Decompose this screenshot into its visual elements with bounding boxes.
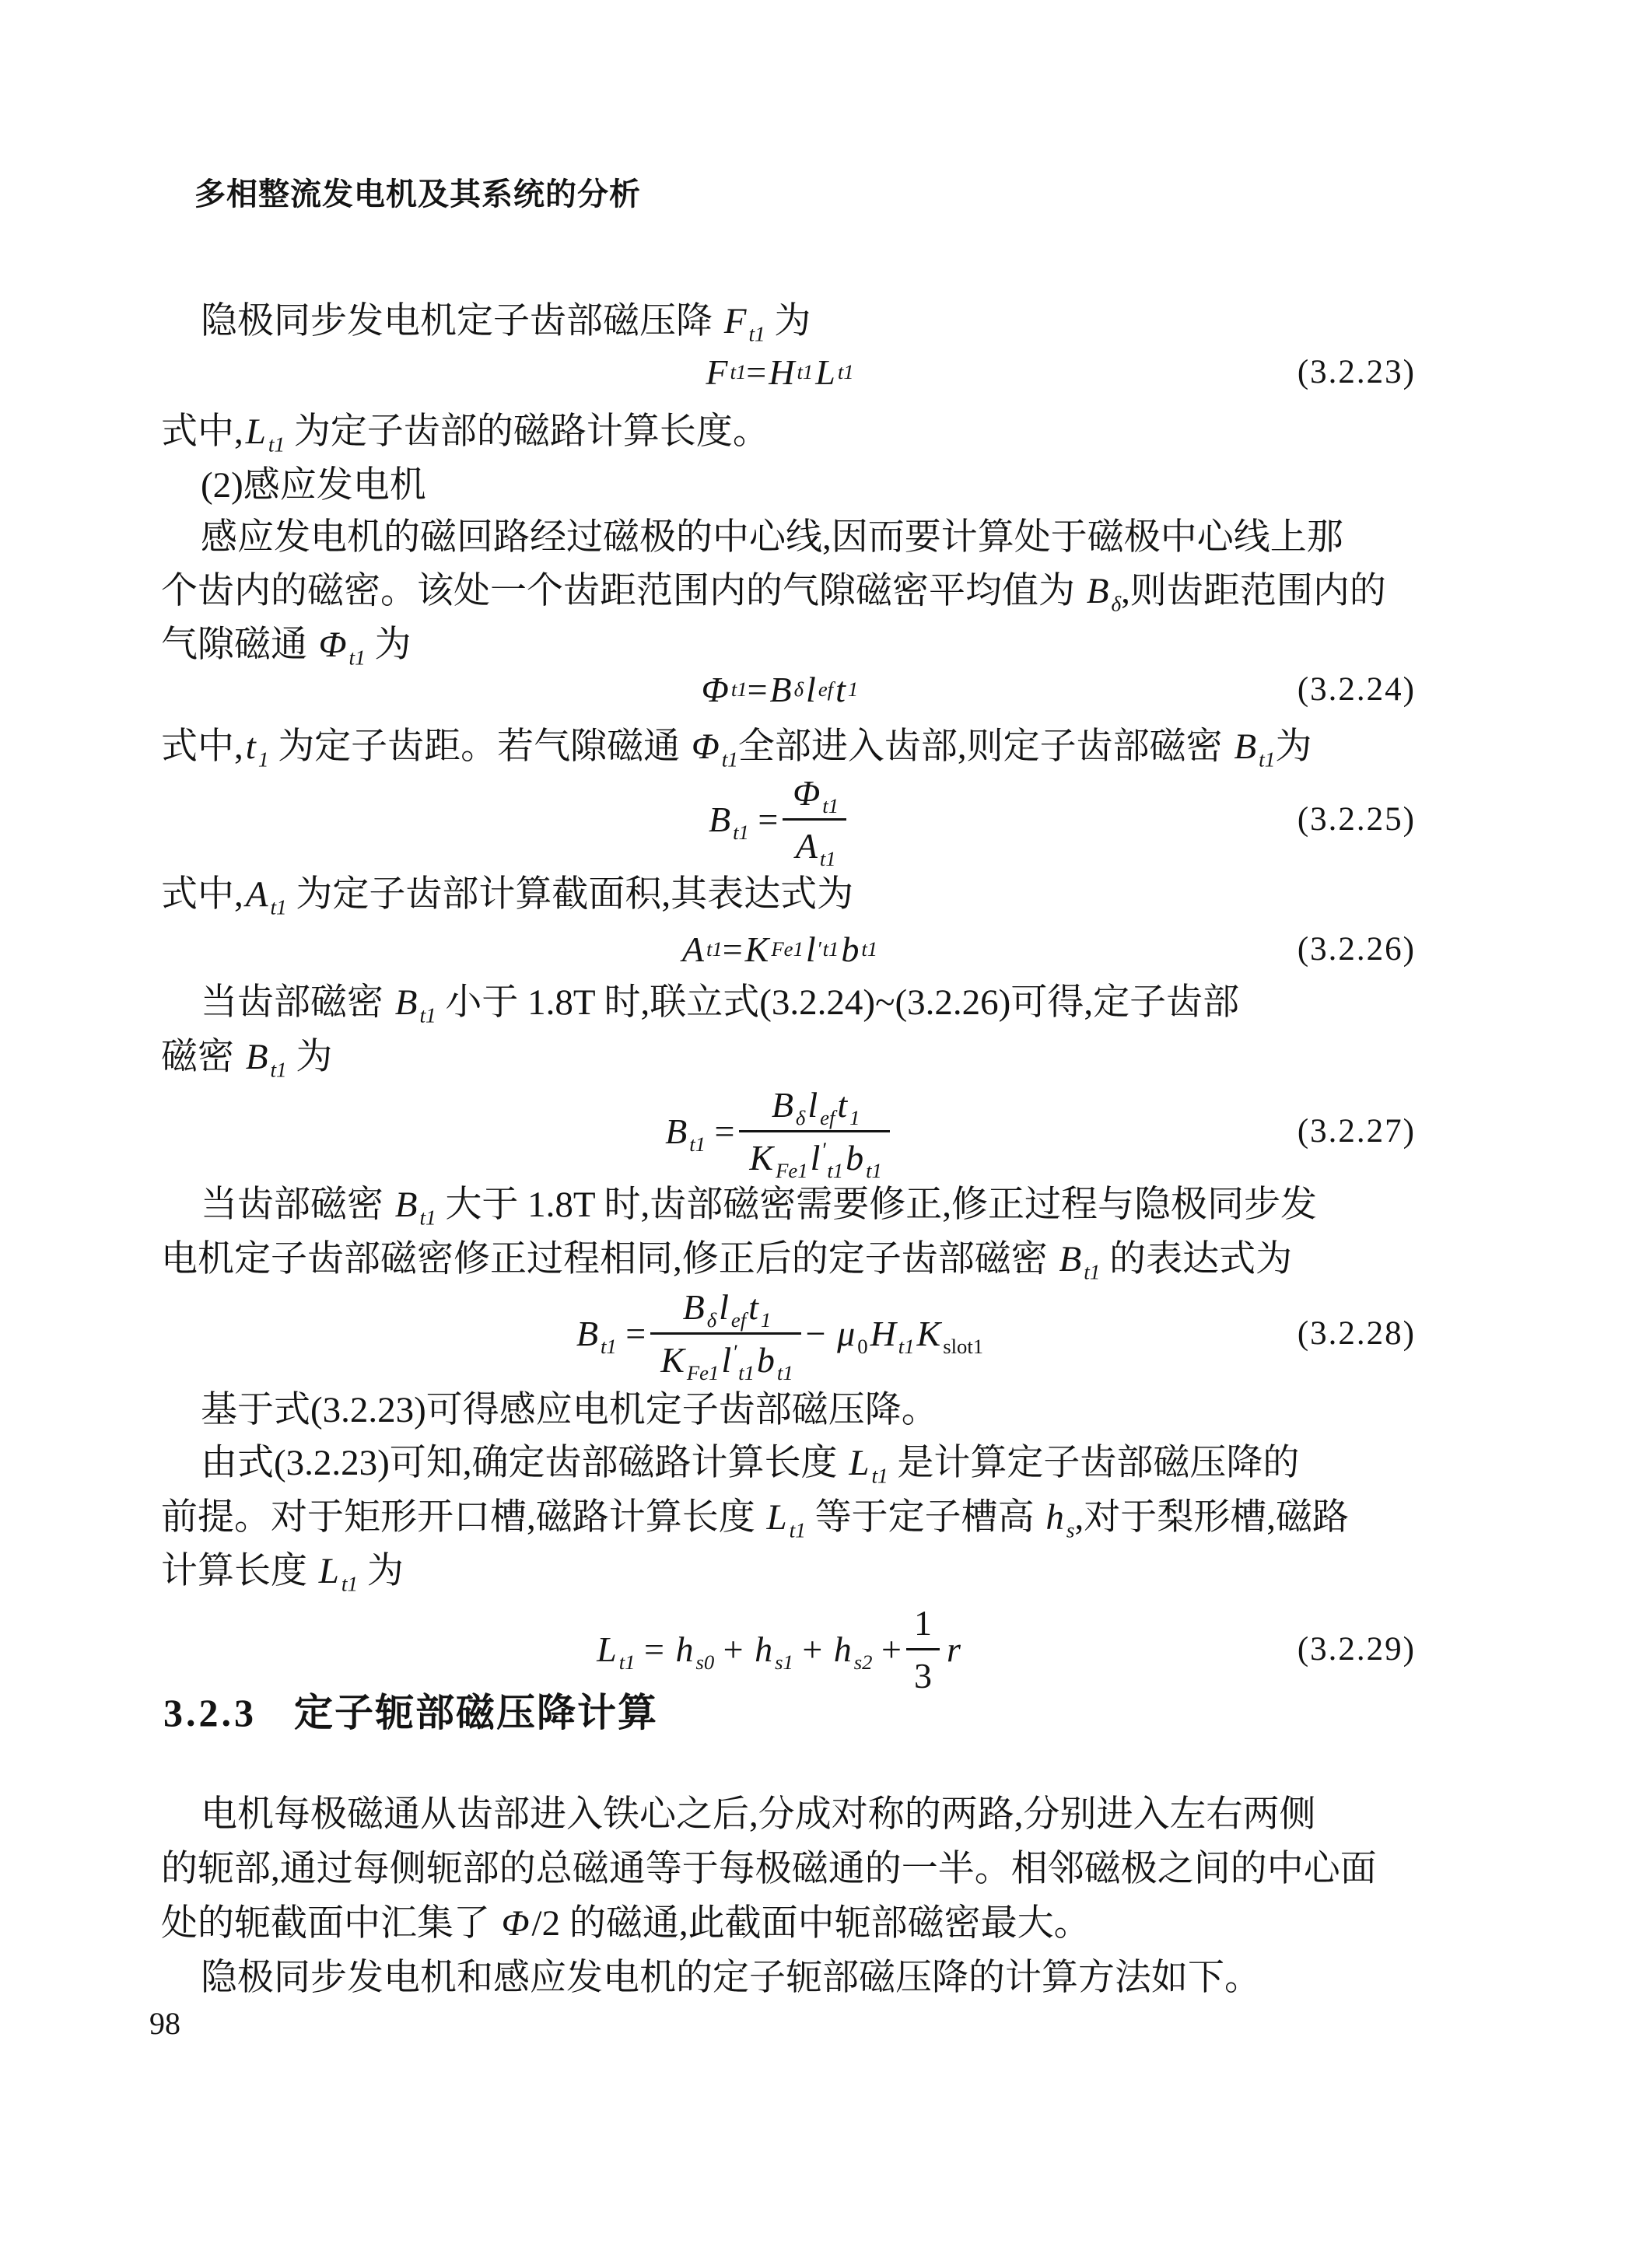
- fraction-denominator: 3: [906, 1650, 940, 1696]
- paragraph-line: 前提。对于矩形开口槽,磁路计算长度 Lt1 等于定子槽高 hs,对于梨形槽,磁路: [161, 1490, 1349, 1545]
- paragraph-line: 由式(3.2.23)可知,确定齿部磁路计算长度 Lt1 是计算定子齿部磁压降的: [201, 1436, 1299, 1490]
- equation-number: (3.2.27): [1280, 1112, 1416, 1150]
- equation-body: Φt1 = Bδleft1: [161, 669, 1280, 710]
- paragraph-line: 计算长度 Lt1 为: [161, 1544, 404, 1598]
- equation-row-3-2-27: Bt1 = Bδleft1KFe1l′t1bt1 (3.2.27): [161, 1083, 1416, 1178]
- fraction-numerator: Bδleft1: [650, 1286, 800, 1335]
- fraction: Bδleft1KFe1l′t1bt1: [739, 1084, 889, 1178]
- equation-number: (3.2.24): [1280, 670, 1416, 709]
- equation-row-3-2-24: Φt1 = Bδleft1 (3.2.24): [161, 660, 1416, 719]
- fraction-denominator: KFe1l′t1bt1: [650, 1335, 800, 1381]
- equation-body: Bt1 = Bδleft1KFe1l′t1bt1 − μ0Ht1Kslot1: [161, 1286, 1280, 1381]
- fraction: Φt1At1: [783, 772, 846, 866]
- fraction-denominator: KFe1l′t1bt1: [739, 1132, 889, 1178]
- fraction-numerator: 1: [906, 1602, 940, 1650]
- paragraph-line: 的轭部,通过每侧轭部的总磁通等于每极磁通的一半。相邻磁极之间的中心面: [161, 1842, 1377, 1896]
- equation-number: (3.2.29): [1280, 1630, 1416, 1668]
- paragraph-line: 感应发电机的磁回路经过磁极的中心线,因而要计算处于磁极中心线上那: [201, 510, 1343, 565]
- paragraph-line: 磁密 Bt1 为: [161, 1030, 332, 1084]
- page-number: 98: [149, 2005, 180, 2042]
- running-header: 多相整流发电机及其系统的分析: [194, 176, 641, 213]
- equation-number: (3.2.28): [1280, 1314, 1416, 1353]
- equation-row-3-2-25: Bt1 = Φt1At1 (3.2.25): [161, 772, 1416, 866]
- equation-row-3-2-28: Bt1 = Bδleft1KFe1l′t1bt1 − μ0Ht1Kslot1 (…: [161, 1286, 1416, 1381]
- equation-tail: r: [944, 1629, 963, 1670]
- equation-lhs: Bt1 =: [706, 799, 778, 840]
- fraction: 13: [906, 1602, 940, 1696]
- paragraph-line: 电机定子齿部磁密修正过程相同,修正后的定子齿部磁密 Bt1 的表达式为: [161, 1232, 1292, 1286]
- paragraph-line: 式中,At1 为定子齿部计算截面积,其表达式为: [161, 867, 853, 922]
- paragraph-line: 当齿部磁密 Bt1 小于 1.8T 时,联立式(3.2.24)~(3.2.26)…: [201, 975, 1239, 1030]
- equation-number: (3.2.25): [1280, 800, 1416, 838]
- paragraph-line: 隐极同步发电机和感应发电机的定子轭部磁压降的计算方法如下。: [201, 1951, 1261, 2005]
- equation-lhs: Lt1 = hs0 + hs1 + hs2 +: [594, 1629, 902, 1670]
- equation-body: Bt1 = Φt1At1: [161, 772, 1280, 866]
- paragraph-line: 电机每极磁通从齿部进入铁心之后,分成对称的两路,分别进入左右两侧: [201, 1787, 1316, 1842]
- paragraph-line: 式中,t1 为定子齿距。若气隙磁通 Φt1全部进入齿部,则定子齿部磁密 Bt1为: [161, 719, 1312, 774]
- equation-row-3-2-23: Ft1 = Ht1Lt1 (3.2.23): [161, 342, 1416, 401]
- equation-body: Lt1 = hs0 + hs1 + hs2 + 13r: [161, 1602, 1280, 1696]
- paragraph-line: 个齿内的磁密。该处一个齿距范围内的气隙磁密平均值为 Bδ,则齿距范围内的: [161, 564, 1386, 618]
- equation-row-3-2-26: At1 = KFe1l′t1bt1 (3.2.26): [161, 919, 1416, 978]
- equation-lhs: Bt1 =: [663, 1111, 734, 1152]
- book-page: 多相整流发电机及其系统的分析 隐极同步发电机定子齿部磁压降 Ft1 为 Ft1 …: [0, 0, 1625, 2268]
- equation-row-3-2-29: Lt1 = hs0 + hs1 + hs2 + 13r (3.2.29): [161, 1601, 1416, 1697]
- paragraph-line: (2)感应发电机: [201, 458, 426, 513]
- paragraph-line: 隐极同步发电机定子齿部磁压降 Ft1 为: [201, 294, 811, 348]
- equation-body: Bt1 = Bδleft1KFe1l′t1bt1: [161, 1084, 1280, 1178]
- section-title: 定子轭部磁压降计算: [294, 1690, 658, 1735]
- paragraph-line: 基于式(3.2.23)可得感应电机定子齿部磁压降。: [201, 1383, 938, 1437]
- fraction-numerator: Bδleft1: [739, 1084, 889, 1132]
- section-heading: 3.2.3定子轭部磁压降计算: [163, 1689, 658, 1736]
- fraction-denominator: At1: [783, 821, 846, 866]
- fraction: Bδleft1KFe1l′t1bt1: [650, 1286, 800, 1381]
- equation-tail: − μ0Ht1Kslot1: [806, 1313, 983, 1354]
- paragraph-line: 当齿部磁密 Bt1 大于 1.8T 时,齿部磁密需要修正,修正过程与隐极同步发: [201, 1178, 1317, 1232]
- equation-number: (3.2.26): [1280, 930, 1416, 968]
- equation-lhs: Bt1 =: [574, 1313, 646, 1354]
- equation-body: At1 = KFe1l′t1bt1: [161, 929, 1280, 970]
- paragraph-line: 处的轭截面中汇集了 Φ/2 的磁通,此截面中轭部磁密最大。: [161, 1896, 1091, 1951]
- section-number: 3.2.3: [163, 1691, 257, 1734]
- fraction-numerator: Φt1: [783, 772, 846, 821]
- equation-number: (3.2.23): [1280, 353, 1416, 391]
- paragraph-line: 式中,Lt1 为定子齿部的磁路计算长度。: [161, 404, 769, 459]
- equation-body: Ft1 = Ht1Lt1: [161, 352, 1280, 393]
